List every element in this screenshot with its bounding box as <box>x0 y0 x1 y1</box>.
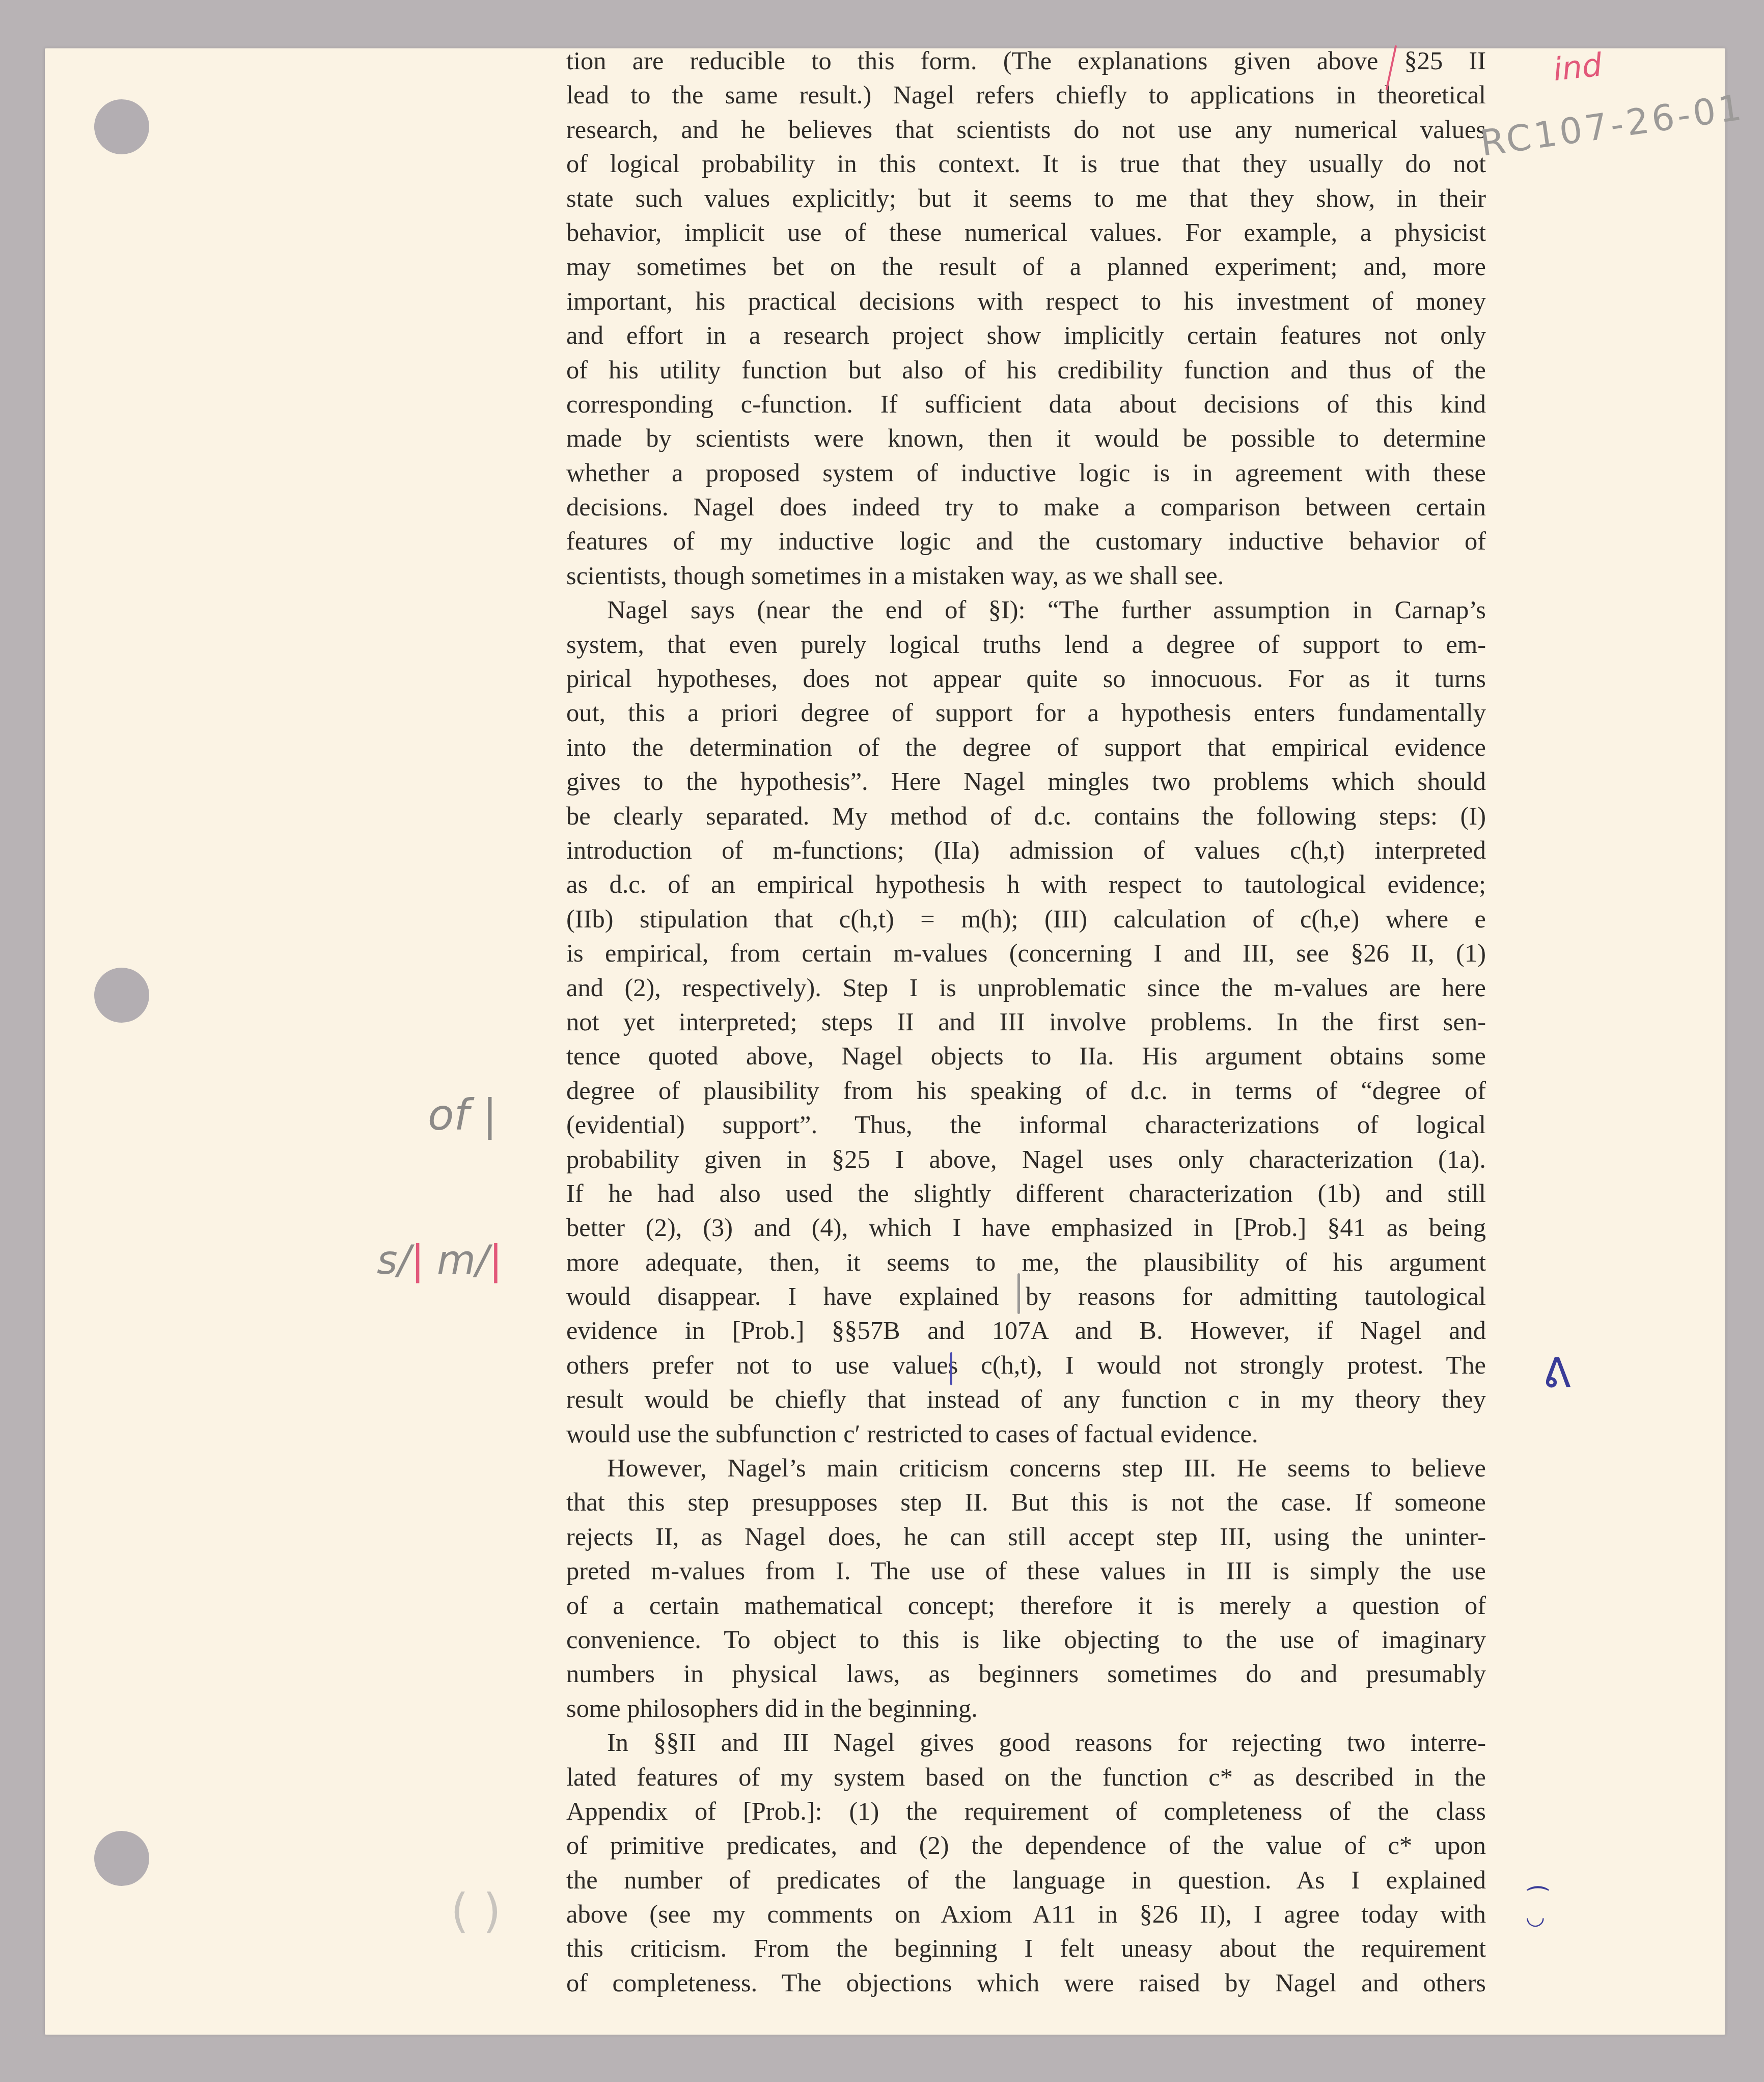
text-line: not yet interpreted; steps II and III in… <box>566 1005 1486 1039</box>
margin-note-sl-ml: s/| m/| <box>377 1238 503 1283</box>
red-bar-1: | <box>411 1238 424 1283</box>
punch-hole-top <box>94 99 149 154</box>
blue-delete-mark <box>950 1352 952 1385</box>
text-line: result would be chiefly that instead of … <box>566 1382 1486 1416</box>
text-line: probability given in §25 I above, Nagel … <box>566 1142 1486 1176</box>
text-line: into the determination of the degree of … <box>566 730 1486 764</box>
margin-pencil-faint: ( ) <box>451 1884 501 1938</box>
text-line: state such values explicitly; but it see… <box>566 181 1486 215</box>
text-line: corresponding c-function. If sufficient … <box>566 387 1486 421</box>
pencil-insert-mark <box>1017 1273 1020 1314</box>
text-line: the number of predicates of the language… <box>566 1863 1486 1897</box>
text-line: tion are reducible to this form. (The ex… <box>566 44 1486 78</box>
text-line: is empirical, from certain m-values (con… <box>566 936 1486 970</box>
text-line: rejects II, as Nagel does, he can still … <box>566 1520 1486 1554</box>
text-line: lated features of my system based on the… <box>566 1760 1486 1794</box>
text-line: numbers in physical laws, as beginners s… <box>566 1657 1486 1691</box>
text-line: tence quoted above, Nagel objects to IIa… <box>566 1039 1486 1073</box>
text-line: In §§II and III Nagel gives good reasons… <box>566 1725 1486 1760</box>
text-line: and effort in a research project show im… <box>566 318 1486 352</box>
text-line: of primitive predicates, and (2) the dep… <box>566 1828 1486 1862</box>
text-line: and (2), respectively). Step I is unprob… <box>566 971 1486 1005</box>
text-line: decisions. Nagel does indeed try to make… <box>566 490 1486 524</box>
text-line: made by scientists were known, then it w… <box>566 421 1486 455</box>
margin-note-of: of | <box>428 1090 497 1140</box>
blue-bottom-mark: ⌒◡ <box>1527 1889 1549 1926</box>
text-line: of logical probability in this context. … <box>566 147 1486 181</box>
text-line: system, that even purely logical truths … <box>566 627 1486 662</box>
text-line: whether a proposed system of inductive l… <box>566 456 1486 490</box>
text-line: more adequate, then, it seems to me, the… <box>566 1245 1486 1279</box>
text-line: behavior, implicit use of these numerica… <box>566 215 1486 250</box>
text-line: features of my inductive logic and the c… <box>566 524 1486 558</box>
text-line: of his utility function but also of his … <box>566 353 1486 387</box>
text-line: introduction of m-functions; (IIa) admis… <box>566 833 1486 867</box>
text-line: preted m-values from I. The use of these… <box>566 1554 1486 1588</box>
text-line: (evidential) support”. Thus, the informa… <box>566 1108 1486 1142</box>
text-line: others prefer not to use values c(h,t), … <box>566 1348 1486 1382</box>
margin-note-sl: s/ <box>377 1238 411 1283</box>
text-line: would disappear. I have explained by rea… <box>566 1279 1486 1313</box>
text-line: some philosophers did in the beginning. <box>566 1691 1486 1725</box>
text-line: pirical hypotheses, does not appear quit… <box>566 662 1486 696</box>
text-line: evidence in [Prob.] §§57B and 107A and B… <box>566 1313 1486 1348</box>
text-line: research, and he believes that scientist… <box>566 113 1486 147</box>
punch-hole-bottom <box>94 1831 149 1886</box>
text-line: would use the subfunction c′ restricted … <box>566 1417 1486 1451</box>
red-bar-2: | <box>489 1238 502 1283</box>
text-line: convenience. To object to this is like o… <box>566 1623 1486 1657</box>
text-line: important, his practical decisions with … <box>566 284 1486 318</box>
text-line: (IIb) stipulation that c(h,t) = m(h); (I… <box>566 902 1486 936</box>
margin-note-ind: ind <box>1551 46 1604 88</box>
text-line: that this step presupposes step II. But … <box>566 1485 1486 1519</box>
text-line: this criticism. From the beginning I fel… <box>566 1931 1486 1965</box>
text-line: gives to the hypothesis”. Here Nagel min… <box>566 764 1486 799</box>
text-line: scientists, though sometimes in a mistak… <box>566 559 1486 593</box>
text-line: be clearly separated. My method of d.c. … <box>566 799 1486 833</box>
text-line: Nagel says (near the end of §I): “The fu… <box>566 593 1486 627</box>
text-line: may sometimes bet on the result of a pla… <box>566 250 1486 284</box>
text-line: of completeness. The objections which we… <box>566 1966 1486 2000</box>
text-line: If he had also used the slightly differe… <box>566 1176 1486 1211</box>
text-line: out, this a priori degree of support for… <box>566 696 1486 730</box>
blue-margin-mark: ᕕ <box>1543 1350 1571 1397</box>
text-line: as d.c. of an empirical hypothesis h wit… <box>566 867 1486 901</box>
text-line: above (see my comments on Axiom A11 in §… <box>566 1897 1486 1931</box>
text-line: degree of plausibility from his speaking… <box>566 1074 1486 1108</box>
margin-note-ml: m/ <box>437 1238 489 1283</box>
text-line: lead to the same result.) Nagel refers c… <box>566 78 1486 112</box>
body-text: tion are reducible to this form. (The ex… <box>566 44 1486 2000</box>
text-line: Appendix of [Prob.]: (1) the requirement… <box>566 1794 1486 1828</box>
punch-hole-middle <box>94 968 149 1023</box>
text-line: of a certain mathematical concept; there… <box>566 1588 1486 1623</box>
text-line: better (2), (3) and (4), which I have em… <box>566 1211 1486 1245</box>
text-line: However, Nagel’s main criticism concerns… <box>566 1451 1486 1485</box>
